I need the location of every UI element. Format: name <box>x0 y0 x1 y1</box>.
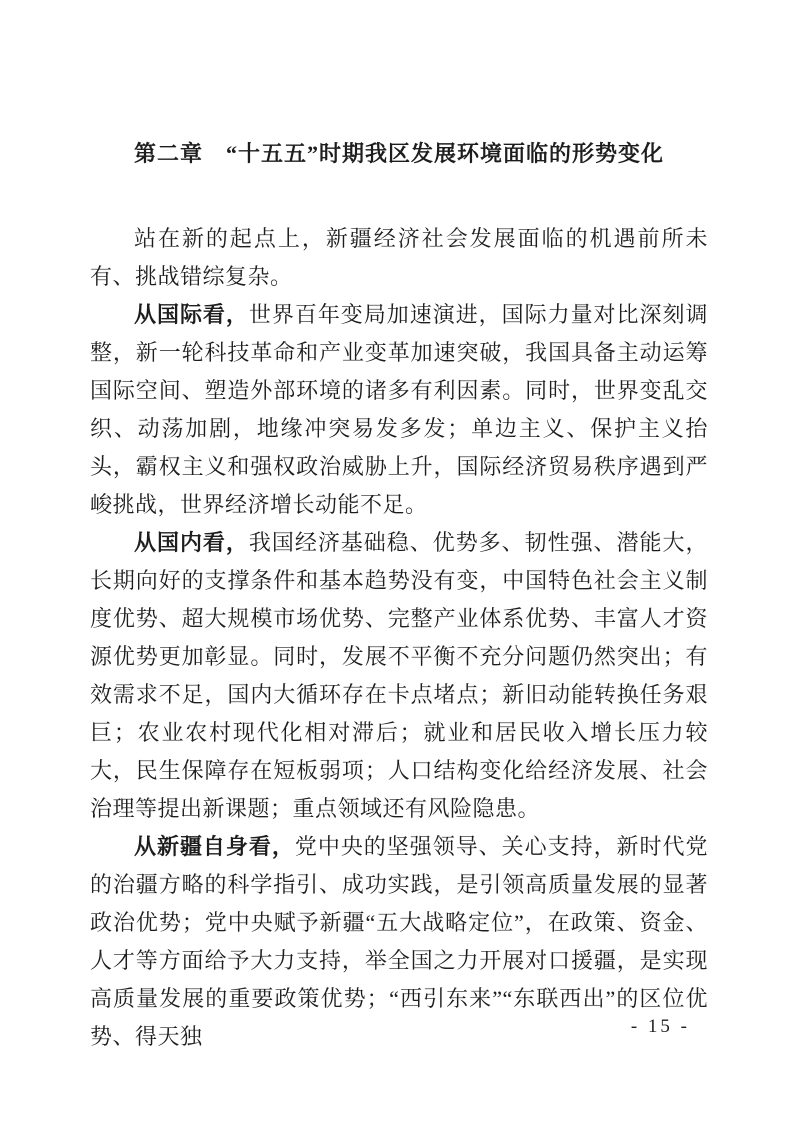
paragraph-3-text: 我国经济基础稳、优势多、韧性强、潜能大，长期向好的支撑条件和基本趋势没有变，中国… <box>90 530 708 821</box>
paragraph-1-text: 站在新的起点上，新疆经济社会发展面临的机遇前所未有、挑战错综复杂。 <box>90 226 708 289</box>
document-content: 第二章 “十五五”时期我区发展环境面临的形势变化 站在新的起点上，新疆经济社会发… <box>90 138 708 1056</box>
page-number: - 15 - <box>631 1016 690 1038</box>
paragraph-4: 从新疆自身看，党中央的坚强领导、关心支持，新时代党的治疆方略的科学指引、成功实践… <box>90 828 708 1056</box>
paragraph-3-lead: 从国内看， <box>134 530 249 555</box>
paragraph-1: 站在新的起点上，新疆经济社会发展面临的机遇前所未有、挑战错综复杂。 <box>90 220 708 296</box>
paragraph-4-lead: 从新疆自身看， <box>134 834 295 859</box>
paragraph-2-lead: 从国际看， <box>134 302 249 327</box>
paragraph-3: 从国内看，我国经济基础稳、优势多、韧性强、潜能大，长期向好的支撑条件和基本趋势没… <box>90 524 708 828</box>
document-page: 第二章 “十五五”时期我区发展环境面临的形势变化 站在新的起点上，新疆经济社会发… <box>0 0 793 1122</box>
paragraph-4-text: 党中央的坚强领导、关心支持，新时代党的治疆方略的科学指引、成功实践，是引领高质量… <box>90 834 708 1049</box>
chapter-title: 第二章 “十五五”时期我区发展环境面临的形势变化 <box>90 138 708 170</box>
paragraph-2-text: 世界百年变局加速演进，国际力量对比深刻调整，新一轮科技革命和产业变革加速突破，我… <box>90 302 708 517</box>
paragraph-2: 从国际看，世界百年变局加速演进，国际力量对比深刻调整，新一轮科技革命和产业变革加… <box>90 296 708 524</box>
